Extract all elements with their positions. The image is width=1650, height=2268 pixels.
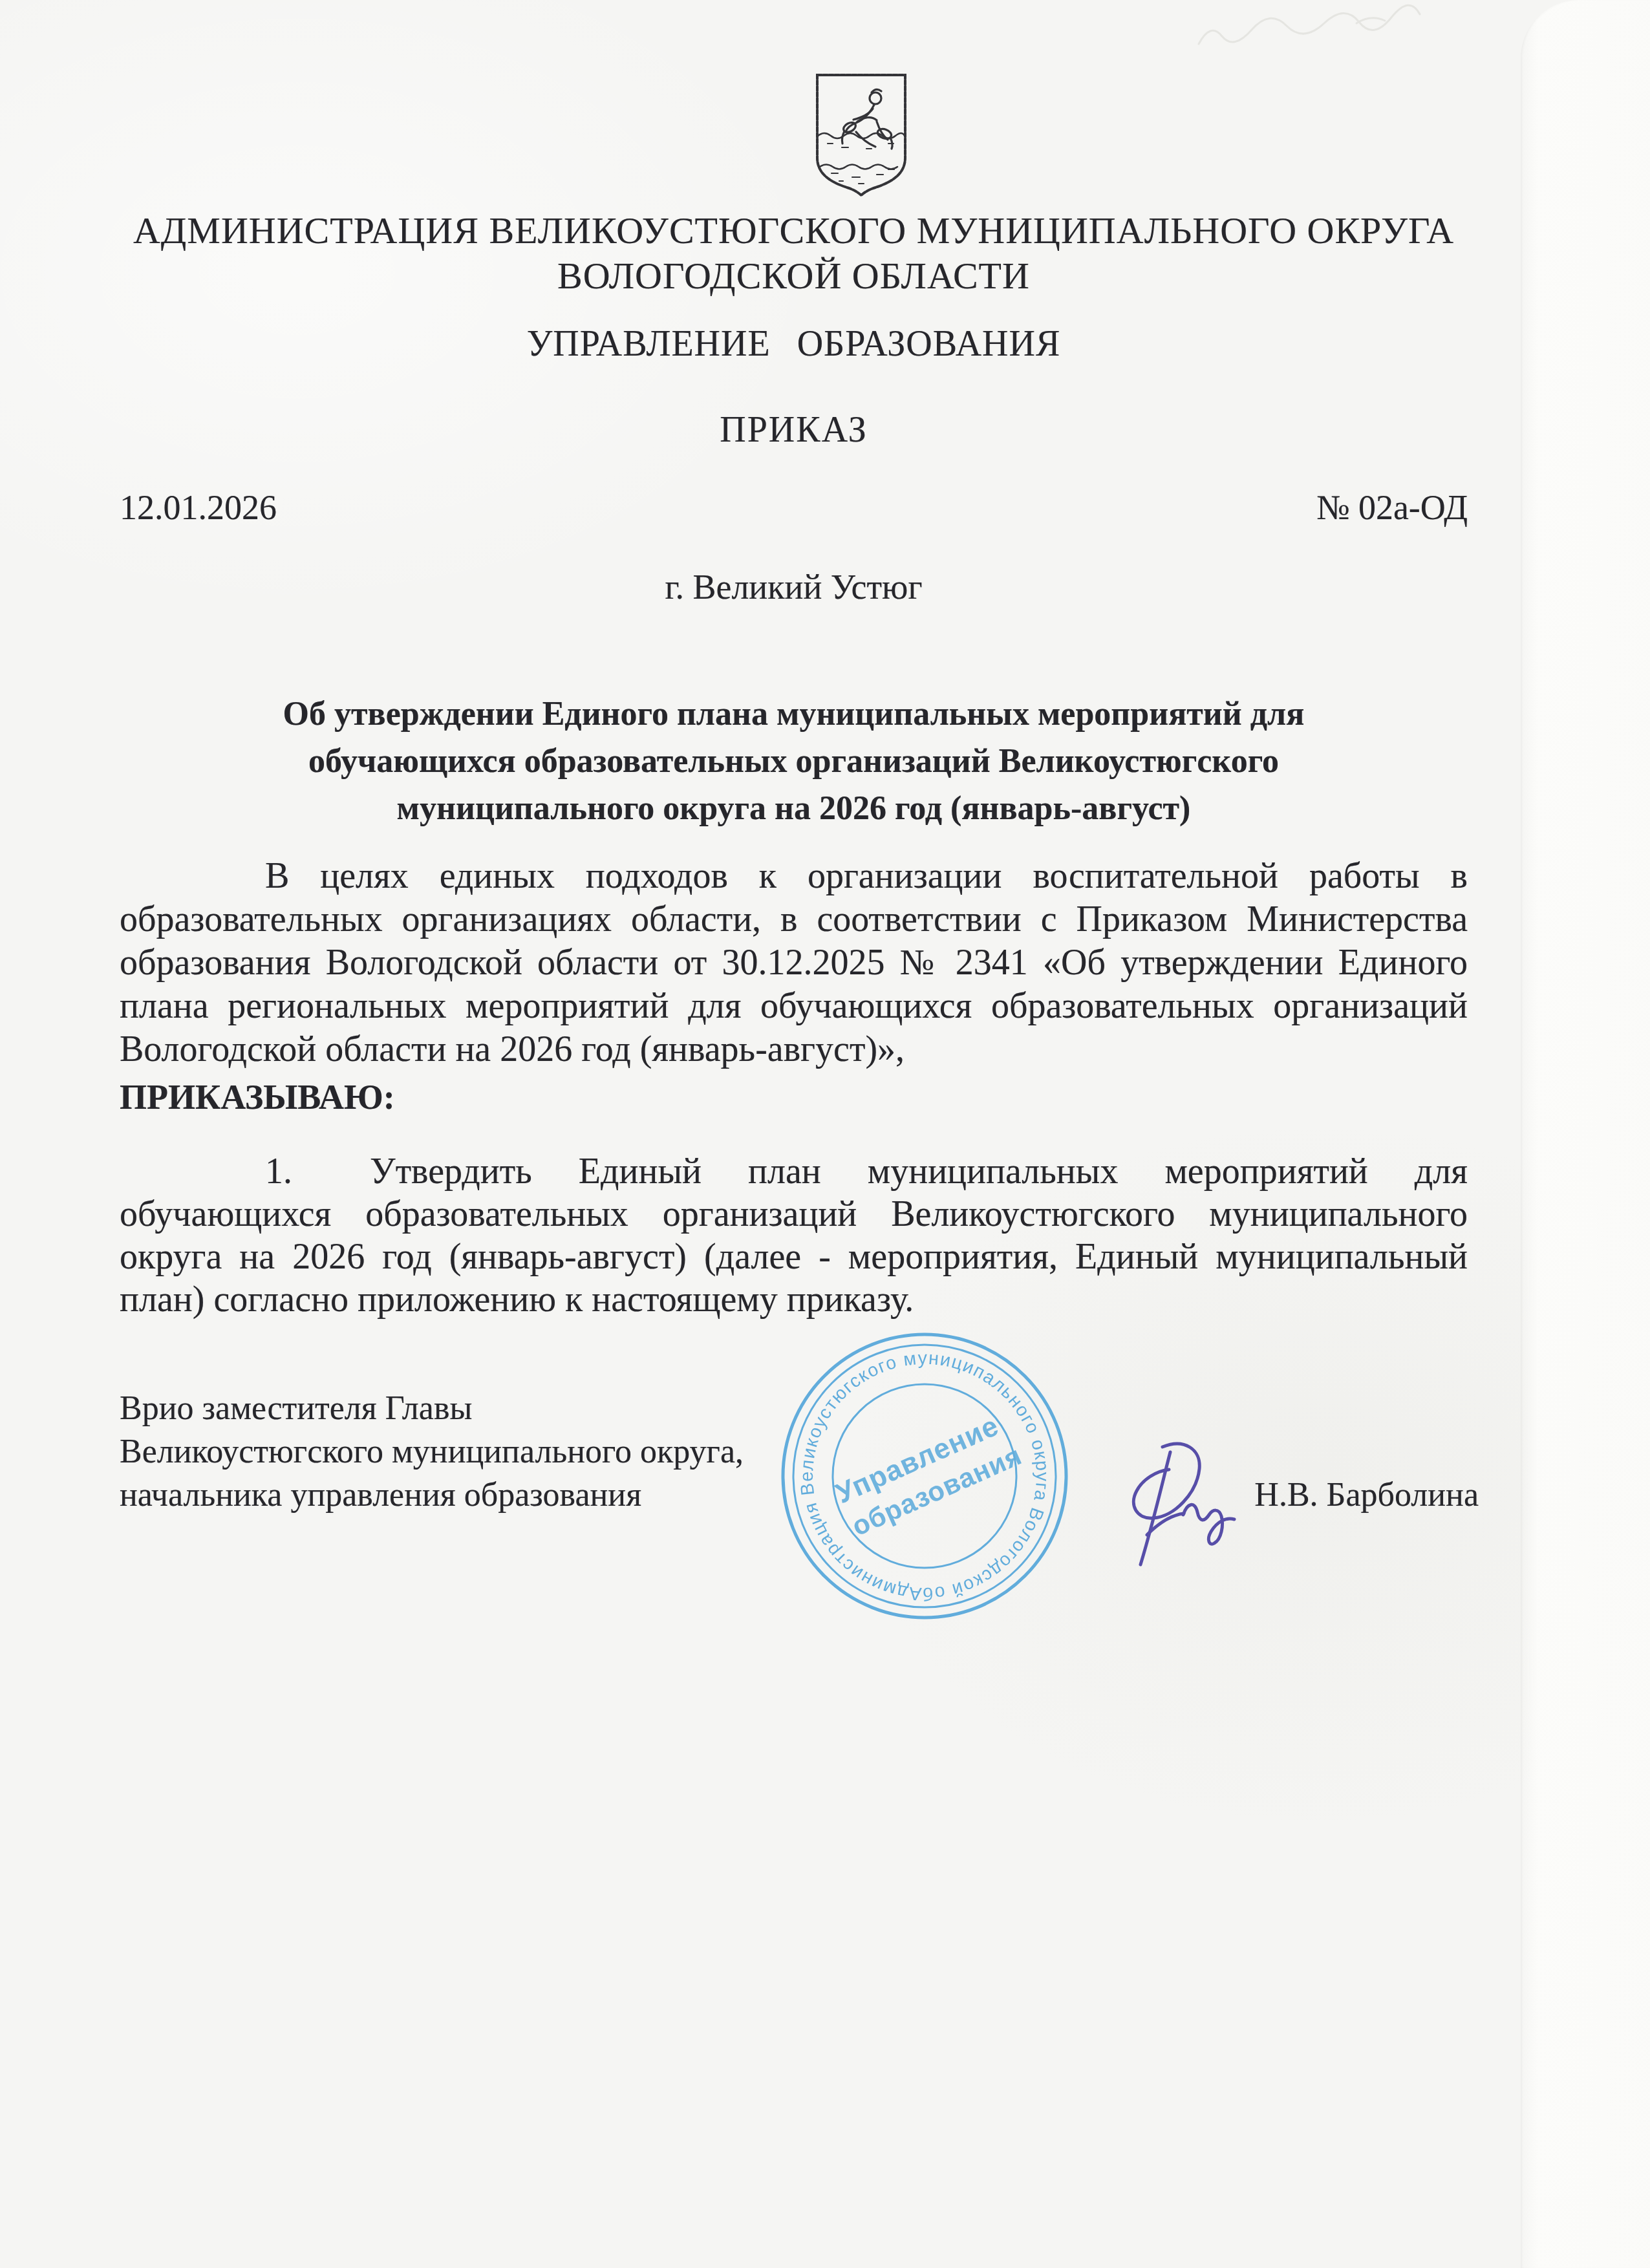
- city-line: г. Великий Устюг: [120, 567, 1468, 607]
- organization-name-line1: АДМИНИСТРАЦИЯ ВЕЛИКОУСТЮГСКОГО МУНИЦИПАЛ…: [120, 208, 1468, 253]
- document-number: № 02а-ОД: [1316, 487, 1468, 528]
- scanned-order-document: АДМИНИСТРАЦИЯ ВЕЛИКОУСТЮГСКОГО МУНИЦИПАЛ…: [0, 0, 1650, 2268]
- document-date: 12.01.2026: [120, 487, 277, 528]
- subject-title-line2: обучающихся образовательных организаций …: [120, 738, 1468, 785]
- coat-of-arms-icon: [812, 71, 910, 198]
- department-name: УПРАВЛЕНИЕ ОБРАЗОВАНИЯ: [120, 323, 1468, 365]
- organization-name: АДМИНИСТРАЦИЯ ВЕЛИКОУСТЮГСКОГО МУНИЦИПАЛ…: [120, 208, 1468, 299]
- decree-word: ПРИКАЗЫВАЮ:: [120, 1077, 1468, 1117]
- subject-title-line3: муниципального округа на 2026 год (январ…: [120, 785, 1468, 832]
- ground-hatching: [828, 144, 894, 184]
- official-round-stamp: Администрация Великоустюгского муниципал…: [779, 1331, 1070, 1621]
- handwritten-signature: [1086, 1437, 1261, 1576]
- faint-pencil-annotation: [1190, 4, 1468, 62]
- subject-title-line1: Об утверждении Единого плана муниципальн…: [120, 690, 1468, 738]
- organization-name-line2: ВОЛОГОДСКОЙ ОБЛАСТИ: [120, 253, 1468, 299]
- date-number-row: 12.01.2026 № 02а-ОД: [120, 487, 1468, 528]
- order-item-1: 1.Утвердить Единый план муниципальных ме…: [120, 1150, 1468, 1321]
- body-paragraph-1: В целях единых подходов к организации во…: [120, 855, 1468, 1071]
- document-type-title: ПРИКАЗ: [120, 409, 1468, 451]
- order-item-1-text: Утвердить Единый план муниципальных меро…: [120, 1151, 1468, 1320]
- scanner-edge-strip: [1521, 0, 1650, 2268]
- river-god-figure: [842, 89, 893, 149]
- signer-name: Н.В. Барболина: [1254, 1473, 1479, 1517]
- order-item-1-number: 1.: [265, 1151, 292, 1192]
- subject-title: Об утверждении Единого плана муниципальн…: [120, 690, 1468, 832]
- stamp-outer-ring: [783, 1334, 1066, 1618]
